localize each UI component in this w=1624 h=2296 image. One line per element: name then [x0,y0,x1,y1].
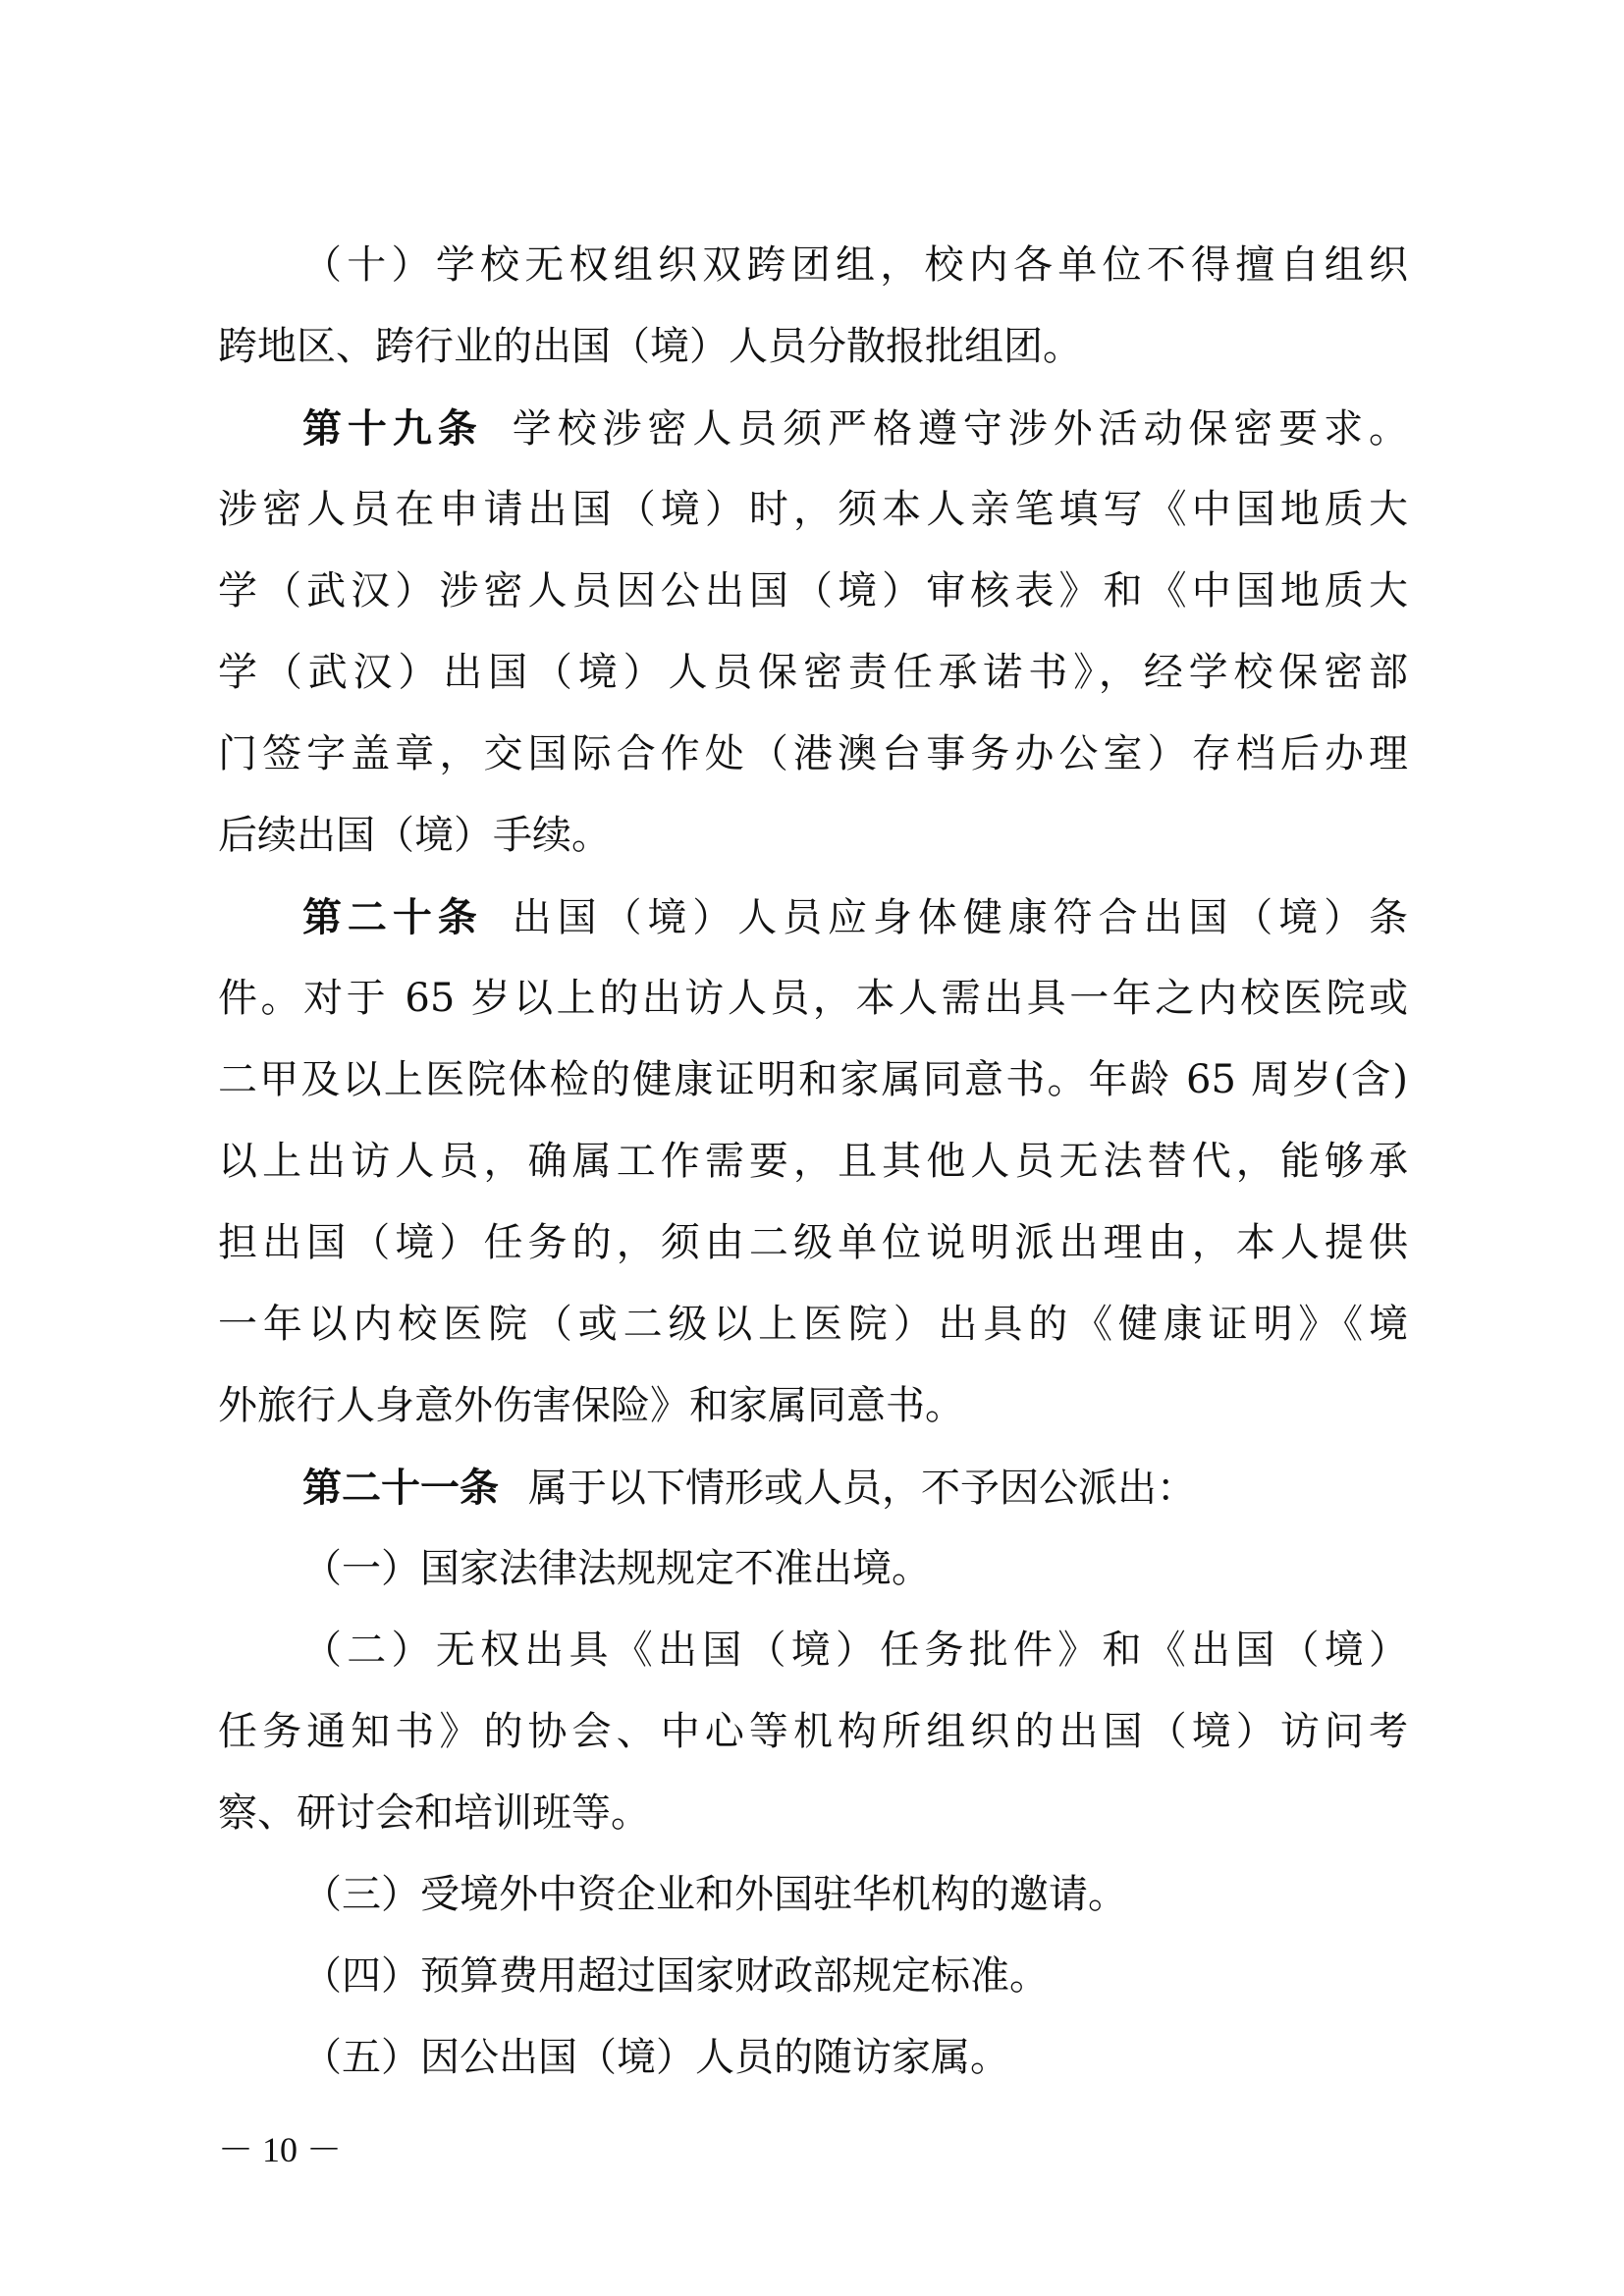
article-19-line-3: 学（武汉）涉密人员因公出国（境）审核表》和《中国地质大 [218,551,1408,632]
item-10-line-1: （十）学校无权组织双跨团组，校内各单位不得擅自组织 [218,225,1408,306]
article-20-number: 第二十条 [302,894,483,940]
item-10-line-2: 跨地区、跨行业的出国（境）人员分散报批组团。 [218,306,1408,388]
article-20-line-4: 以上出访人员，确属工作需要，且其他人员无法替代，能够承 [218,1121,1408,1202]
article-19-first-line: 学校涉密人员须严格遵守涉外活动保密要求。 [513,406,1408,452]
article-19-number: 第十九条 [302,405,483,452]
article-19-line-6: 后续出国（境）手续。 [218,795,1408,877]
article-20-heading-line: 第二十条出国（境）人员应身体健康符合出国（境）条 [218,877,1408,958]
article-19-line-2: 涉密人员在申请出国（境）时，须本人亲笔填写《中国地质大 [218,469,1408,551]
item-1-line-1: （一）国家法律法规规定不准出境。 [218,1528,1408,1610]
item-2-line-3: 察、研讨会和培训班等。 [218,1773,1408,1854]
article-21-first-line: 属于以下情形或人员，不予因公派出： [528,1466,1196,1511]
item-5-line-1: （五）因公出国（境）人员的随访家属。 [218,2017,1408,2099]
article-19-heading-line: 第十九条学校涉密人员须严格遵守涉外活动保密要求。 [218,388,1408,469]
article-20-line-2: 件。对于 65 岁以上的出访人员，本人需出具一年之内校医院或 [218,958,1408,1040]
item-3-line-1: （三）受境外中资企业和外国驻华机构的邀请。 [218,1854,1408,1936]
article-20-first-line: 出国（境）人员应身体健康符合出国（境）条 [513,895,1408,940]
page-number: － 10 － [218,2122,342,2172]
item-2-line-1: （二）无权出具《出国（境）任务批件》和《出国（境） [218,1610,1408,1691]
item-2-line-2: 任务通知书》的协会、中心等机构所组织的出国（境）访问考 [218,1691,1408,1773]
article-19-line-4: 学（武汉）出国（境）人员保密责任承诺书》，经学校保密部 [218,632,1408,714]
item-4-line-1: （四）预算费用超过国家财政部规定标准。 [218,1936,1408,2017]
document-body: （十）学校无权组织双跨团组，校内各单位不得擅自组织 跨地区、跨行业的出国（境）人… [218,225,1408,2099]
article-20-line-5: 担出国（境）任务的，须由二级单位说明派出理由，本人提供 [218,1202,1408,1284]
article-20-line-7: 外旅行人身意外伤害保险》和家属同意书。 [218,1365,1408,1447]
article-20-line-3: 二甲及以上医院体检的健康证明和家属同意书。年龄 65 周岁(含) [218,1040,1408,1121]
article-20-line-6: 一年以内校医院（或二级以上医院）出具的《健康证明》《境 [218,1284,1408,1365]
article-21-number: 第二十一条 [302,1465,499,1511]
article-21-heading-line: 第二十一条属于以下情形或人员，不予因公派出： [218,1447,1408,1528]
article-19-line-5: 门签字盖章，交国际合作处（港澳台事务办公室）存档后办理 [218,714,1408,795]
document-page: （十）学校无权组织双跨团组，校内各单位不得擅自组织 跨地区、跨行业的出国（境）人… [0,0,1624,2296]
